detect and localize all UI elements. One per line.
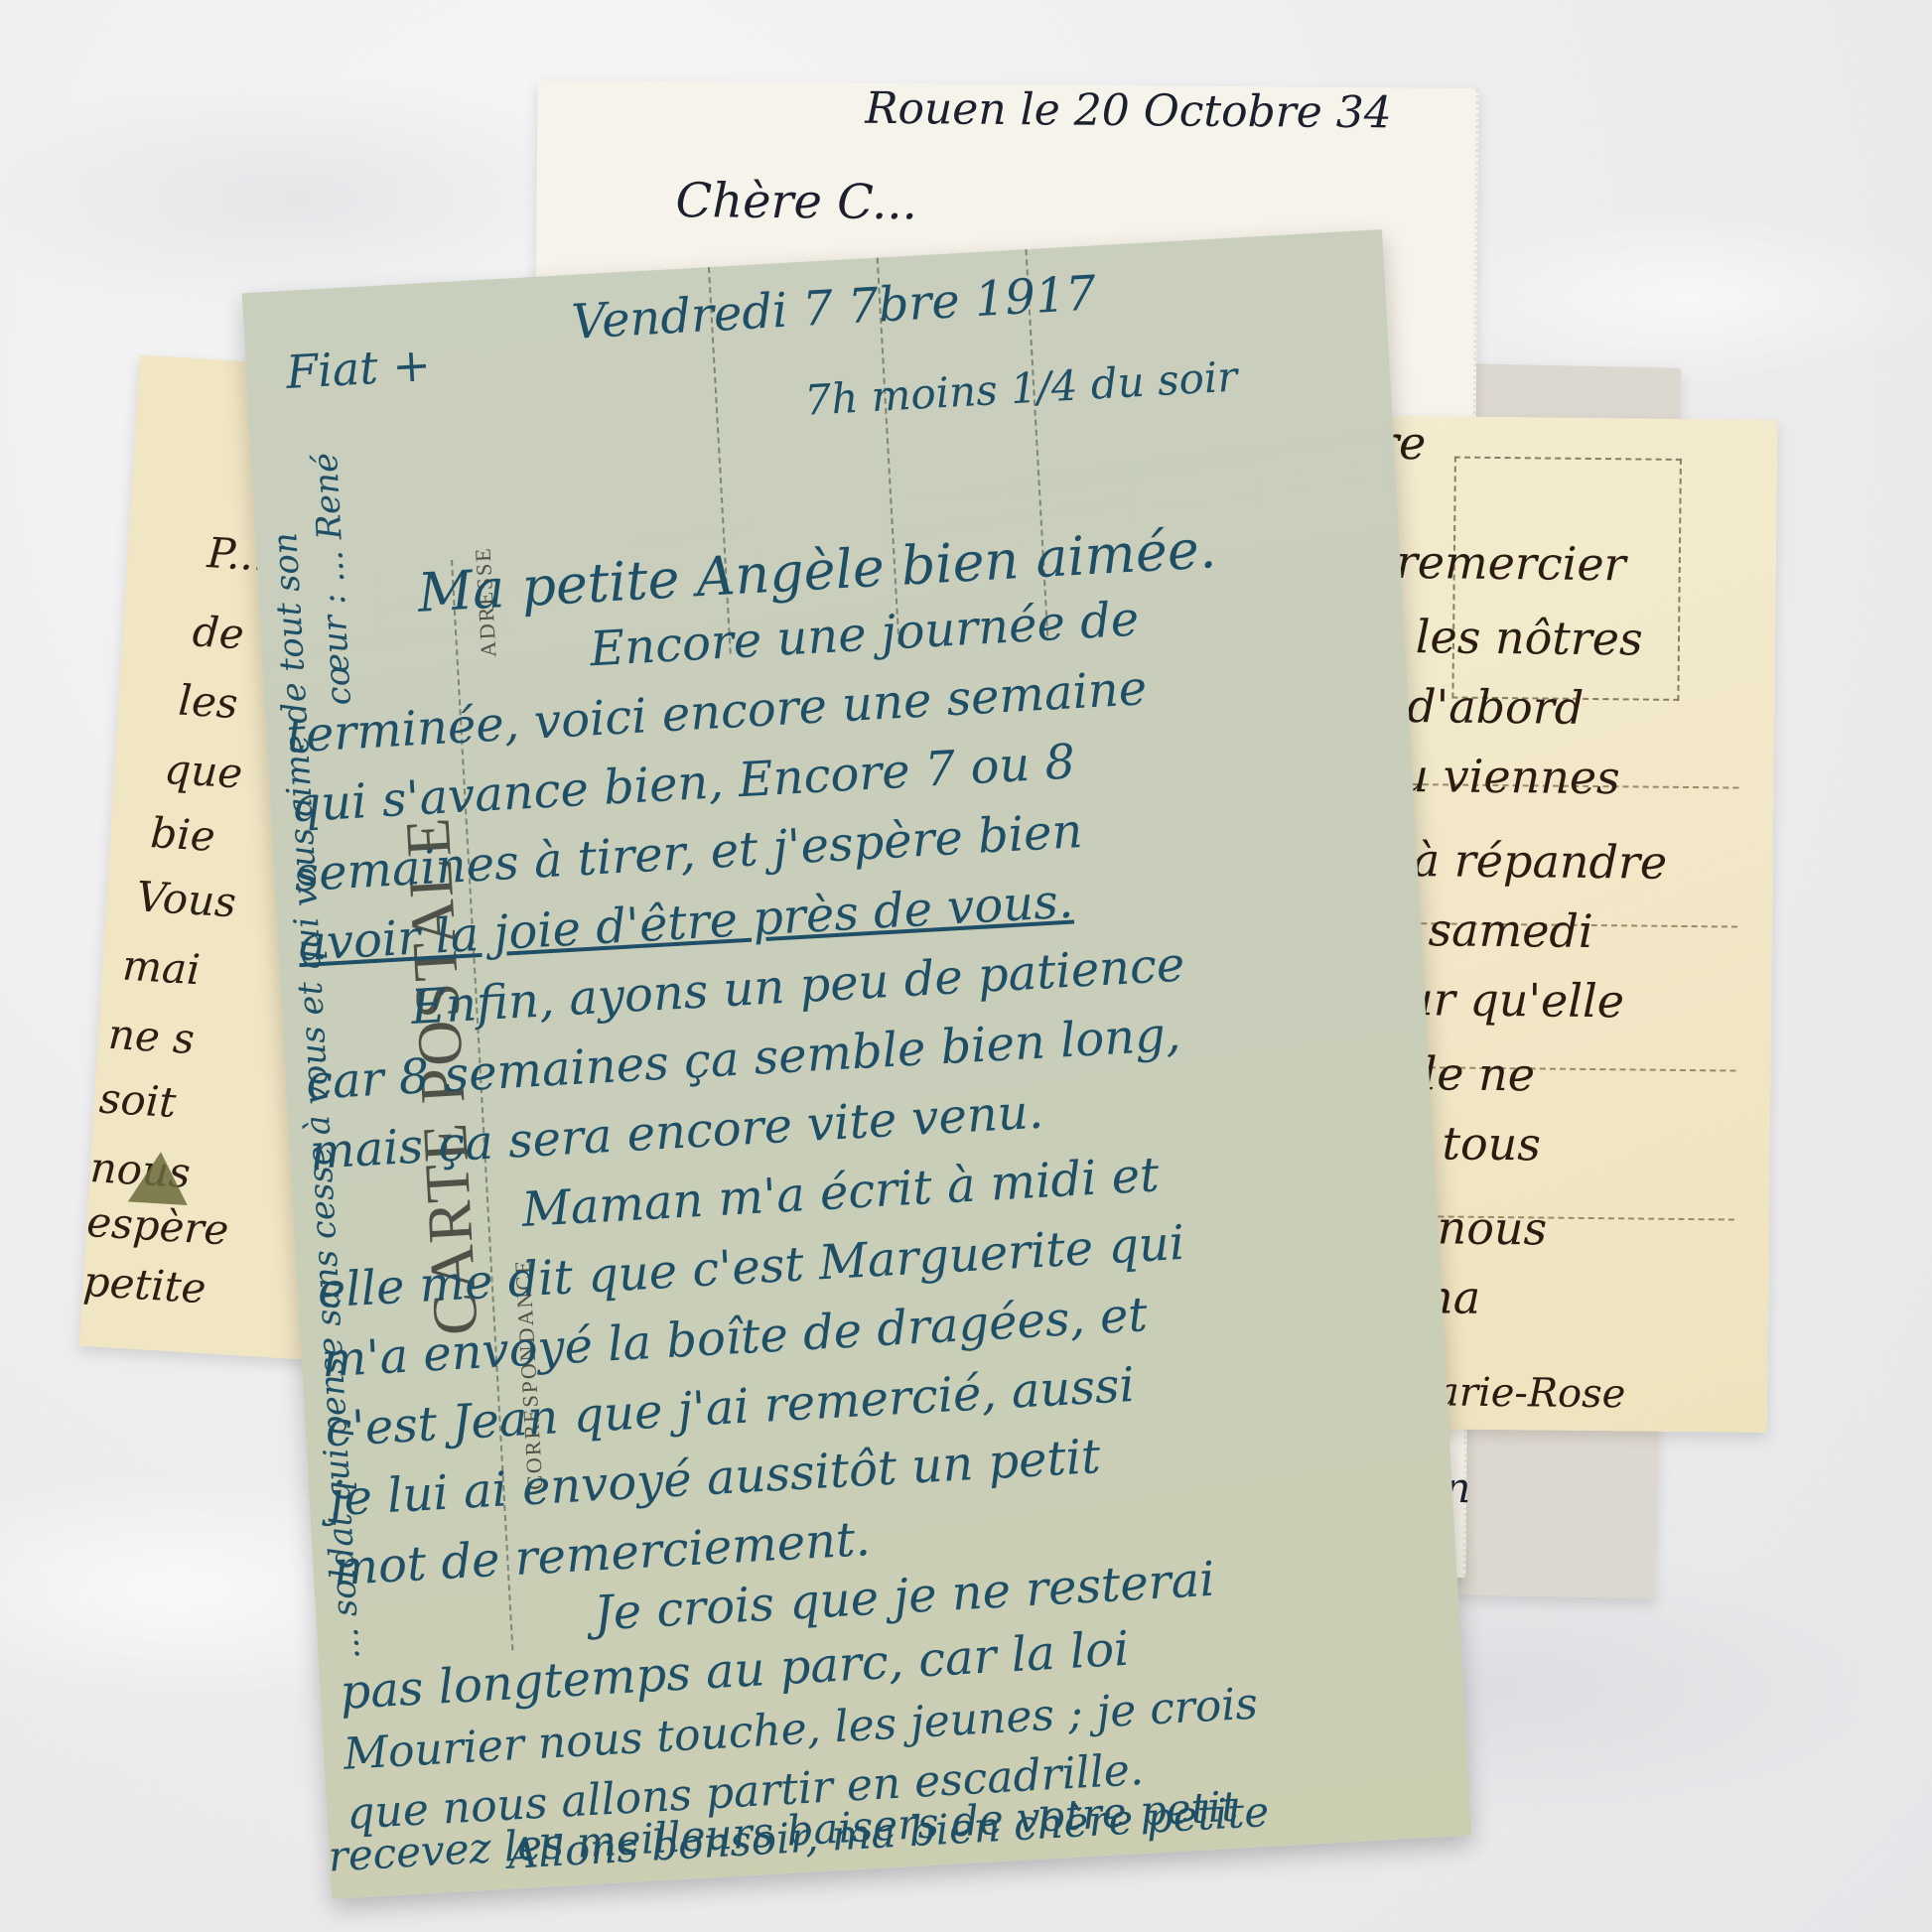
white-card-date: Rouen le 20 Octobre 34 xyxy=(865,83,1392,139)
triangle-stamp-icon xyxy=(128,1150,191,1205)
left-card-line: Vous xyxy=(135,872,237,926)
green-postcard-1917: CARTE POSTALE ADRESSE CORRESPONDANCE ...… xyxy=(242,229,1472,1899)
letter-date: Vendredi 7 7bre 1917 xyxy=(570,265,1097,349)
left-card-line: soit xyxy=(98,1073,178,1127)
left-card-line: que xyxy=(163,745,244,798)
left-card-line: mai xyxy=(121,941,202,995)
left-card-line: espère xyxy=(85,1197,230,1255)
white-card-salutation: Chère C... xyxy=(675,173,917,230)
margin-note-2: cœur : ... René xyxy=(306,452,359,707)
left-card-line: petite xyxy=(81,1257,207,1312)
left-card-line: ne s xyxy=(107,1010,197,1063)
header-fiat: Fiat + xyxy=(285,338,433,399)
letter-time: 7h moins 1/4 du soir xyxy=(803,352,1238,425)
left-card-line: bie xyxy=(149,808,216,861)
left-card-line: les xyxy=(177,676,239,729)
left-card-line: de xyxy=(192,607,246,658)
